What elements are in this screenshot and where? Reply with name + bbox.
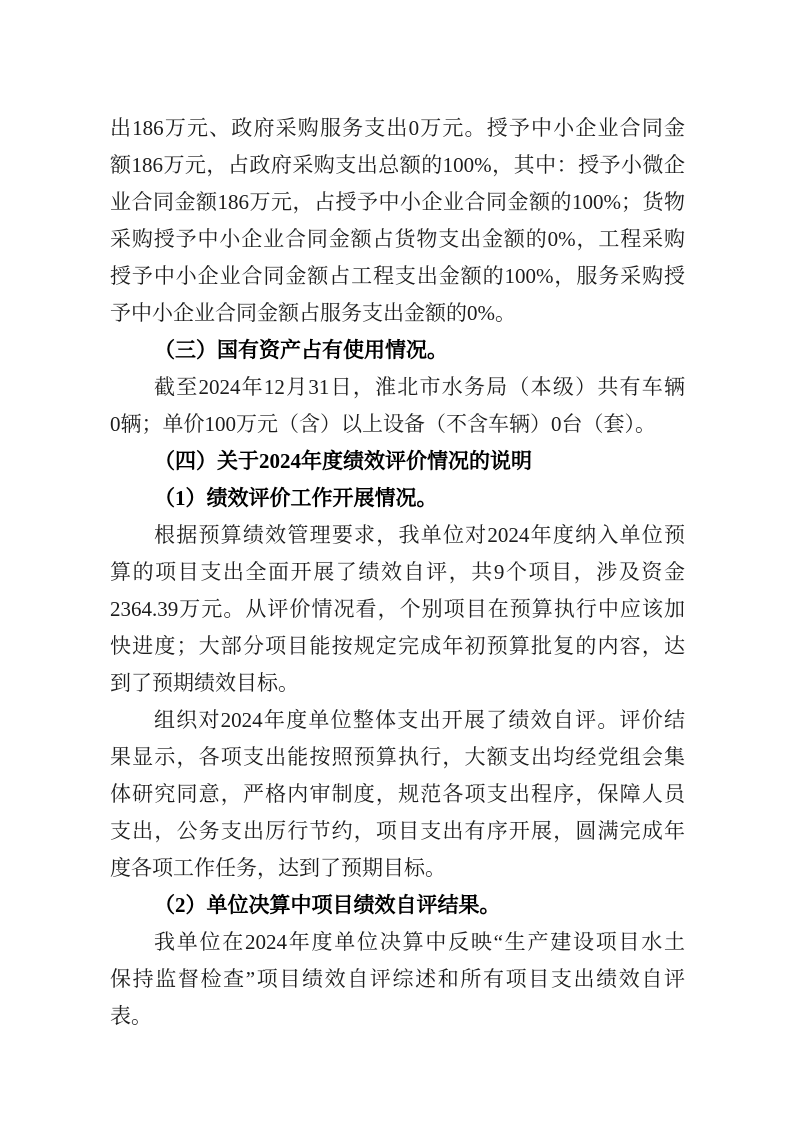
text-line: 度各项工作任务，达到了预期目标。 — [110, 850, 685, 887]
text-line: 采购授予中小企业合同金额占货物支出金额的0%，工程采购 — [110, 221, 685, 258]
heading-line: （1）绩效评价工作开展情况。 — [110, 480, 685, 517]
text-line: 到了预期绩效目标。 — [110, 665, 685, 702]
text-line: 截至2024年12月31日，淮北市水务局（本级）共有车辆 — [110, 369, 685, 406]
paragraph: 出186万元、政府采购服务支出0万元。授予中小企业合同金额186万元，占政府采购… — [110, 110, 685, 332]
text-line: 算的项目支出全面开展了绩效自评，共9个项目，涉及资金 — [110, 554, 685, 591]
section-heading: （四）关于2024年度绩效评价情况的说明 — [110, 443, 685, 480]
text-line: 快进度；大部分项目能按规定完成年初预算批复的内容，达 — [110, 628, 685, 665]
text-line: 额186万元，占政府采购支出总额的100%，其中：授予小微企 — [110, 147, 685, 184]
section-heading: （三）国有资产占有使用情况。 — [110, 332, 685, 369]
paragraph: 根据预算绩效管理要求，我单位对2024年度纳入单位预算的项目支出全面开展了绩效自… — [110, 517, 685, 702]
text-line: 出186万元、政府采购服务支出0万元。授予中小企业合同金 — [110, 110, 685, 147]
paragraph: 组织对2024年度单位整体支出开展了绩效自评。评价结果显示，各项支出能按照预算执… — [110, 702, 685, 887]
text-line: 0辆；单价100万元（含）以上设备（不含车辆）0台（套）。 — [110, 406, 685, 443]
text-line: 表。 — [110, 998, 685, 1035]
text-line: 支出，公务支出厉行节约，项目支出有序开展，圆满完成年 — [110, 813, 685, 850]
text-line: 保持监督检查”项目绩效自评综述和所有项目支出绩效自评 — [110, 961, 685, 998]
heading-line: （四）关于2024年度绩效评价情况的说明 — [110, 443, 685, 480]
text-line: 果显示，各项支出能按照预算执行，大额支出均经党组会集 — [110, 739, 685, 776]
paragraph: 截至2024年12月31日，淮北市水务局（本级）共有车辆0辆；单价100万元（含… — [110, 369, 685, 443]
section-heading: （2）单位决算中项目绩效自评结果。 — [110, 887, 685, 924]
paragraph: 我单位在2024年度单位决算中反映“生产建设项目水土保持监督检查”项目绩效自评综… — [110, 924, 685, 1035]
text-line: 业合同金额186万元，占授予中小企业合同金额的100%；货物 — [110, 184, 685, 221]
document-content: 出186万元、政府采购服务支出0万元。授予中小企业合同金额186万元，占政府采购… — [0, 0, 793, 1035]
heading-line: （2）单位决算中项目绩效自评结果。 — [110, 887, 685, 924]
document-page: 出186万元、政府采购服务支出0万元。授予中小企业合同金额186万元，占政府采购… — [0, 0, 793, 1122]
text-line: 我单位在2024年度单位决算中反映“生产建设项目水土 — [110, 924, 685, 961]
text-line: 根据预算绩效管理要求，我单位对2024年度纳入单位预 — [110, 517, 685, 554]
text-line: 体研究同意，严格内审制度，规范各项支出程序，保障人员 — [110, 776, 685, 813]
text-line: 组织对2024年度单位整体支出开展了绩效自评。评价结 — [110, 702, 685, 739]
text-line: 予中小企业合同金额占服务支出金额的0%。 — [110, 295, 685, 332]
text-line: 2364.39万元。从评价情况看，个别项目在预算执行中应该加 — [110, 591, 685, 628]
text-line: 授予中小企业合同金额占工程支出金额的100%，服务采购授 — [110, 258, 685, 295]
section-heading: （1）绩效评价工作开展情况。 — [110, 480, 685, 517]
heading-line: （三）国有资产占有使用情况。 — [110, 332, 685, 369]
